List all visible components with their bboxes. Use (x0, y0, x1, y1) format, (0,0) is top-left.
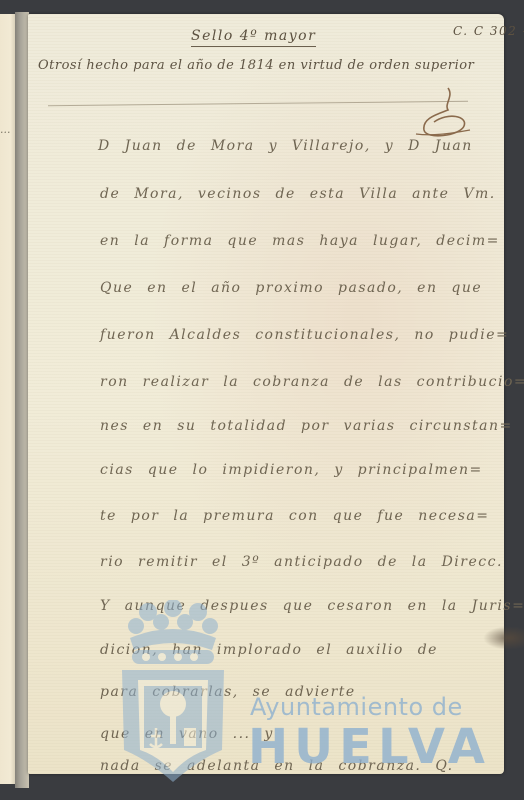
folio-number: C. C 302 - (453, 24, 524, 38)
ink-smudge (483, 626, 524, 650)
body-line: cias que lo impidieron, y principalmen= (100, 462, 483, 478)
adjacent-page-writing: ... (0, 124, 14, 244)
body-line: D Juan de Mora y Villarejo, y D Juan (98, 138, 473, 154)
body-line: de Mora, vecinos de esta Villa ante Vm. (100, 186, 496, 202)
binding-gutter (15, 12, 29, 788)
body-line: en la forma que mas haya lugar, decim= (100, 233, 500, 249)
huelva-coat-of-arms-icon (118, 600, 228, 785)
body-line: nes en su totalidad por varias circunsta… (100, 418, 513, 434)
body-line: Que en el año proximo pasado, en que (100, 280, 482, 296)
signature-flourish-icon (408, 86, 478, 146)
manuscript-page: Sello 4º mayor C. C 302 - Otrosí hecho p… (28, 14, 504, 774)
seal-label: Sello 4º mayor (191, 28, 316, 47)
heading-rule (48, 101, 468, 106)
adjacent-page-edge: ... (0, 14, 15, 784)
document-heading: Otrosí hecho para el año de 1814 en virt… (38, 58, 474, 73)
body-line: ron realizar la cobranza de las contribu… (100, 374, 524, 390)
watermark-title: HUELVA (248, 722, 491, 772)
watermark-subtitle: Ayuntamiento de (250, 693, 463, 721)
body-line: fueron Alcaldes constitucionales, no pud… (100, 327, 509, 343)
body-line: rio remitir el 3º anticipado de la Direc… (100, 554, 503, 570)
body-line: te por la premura con que fue necesa= (100, 508, 489, 524)
